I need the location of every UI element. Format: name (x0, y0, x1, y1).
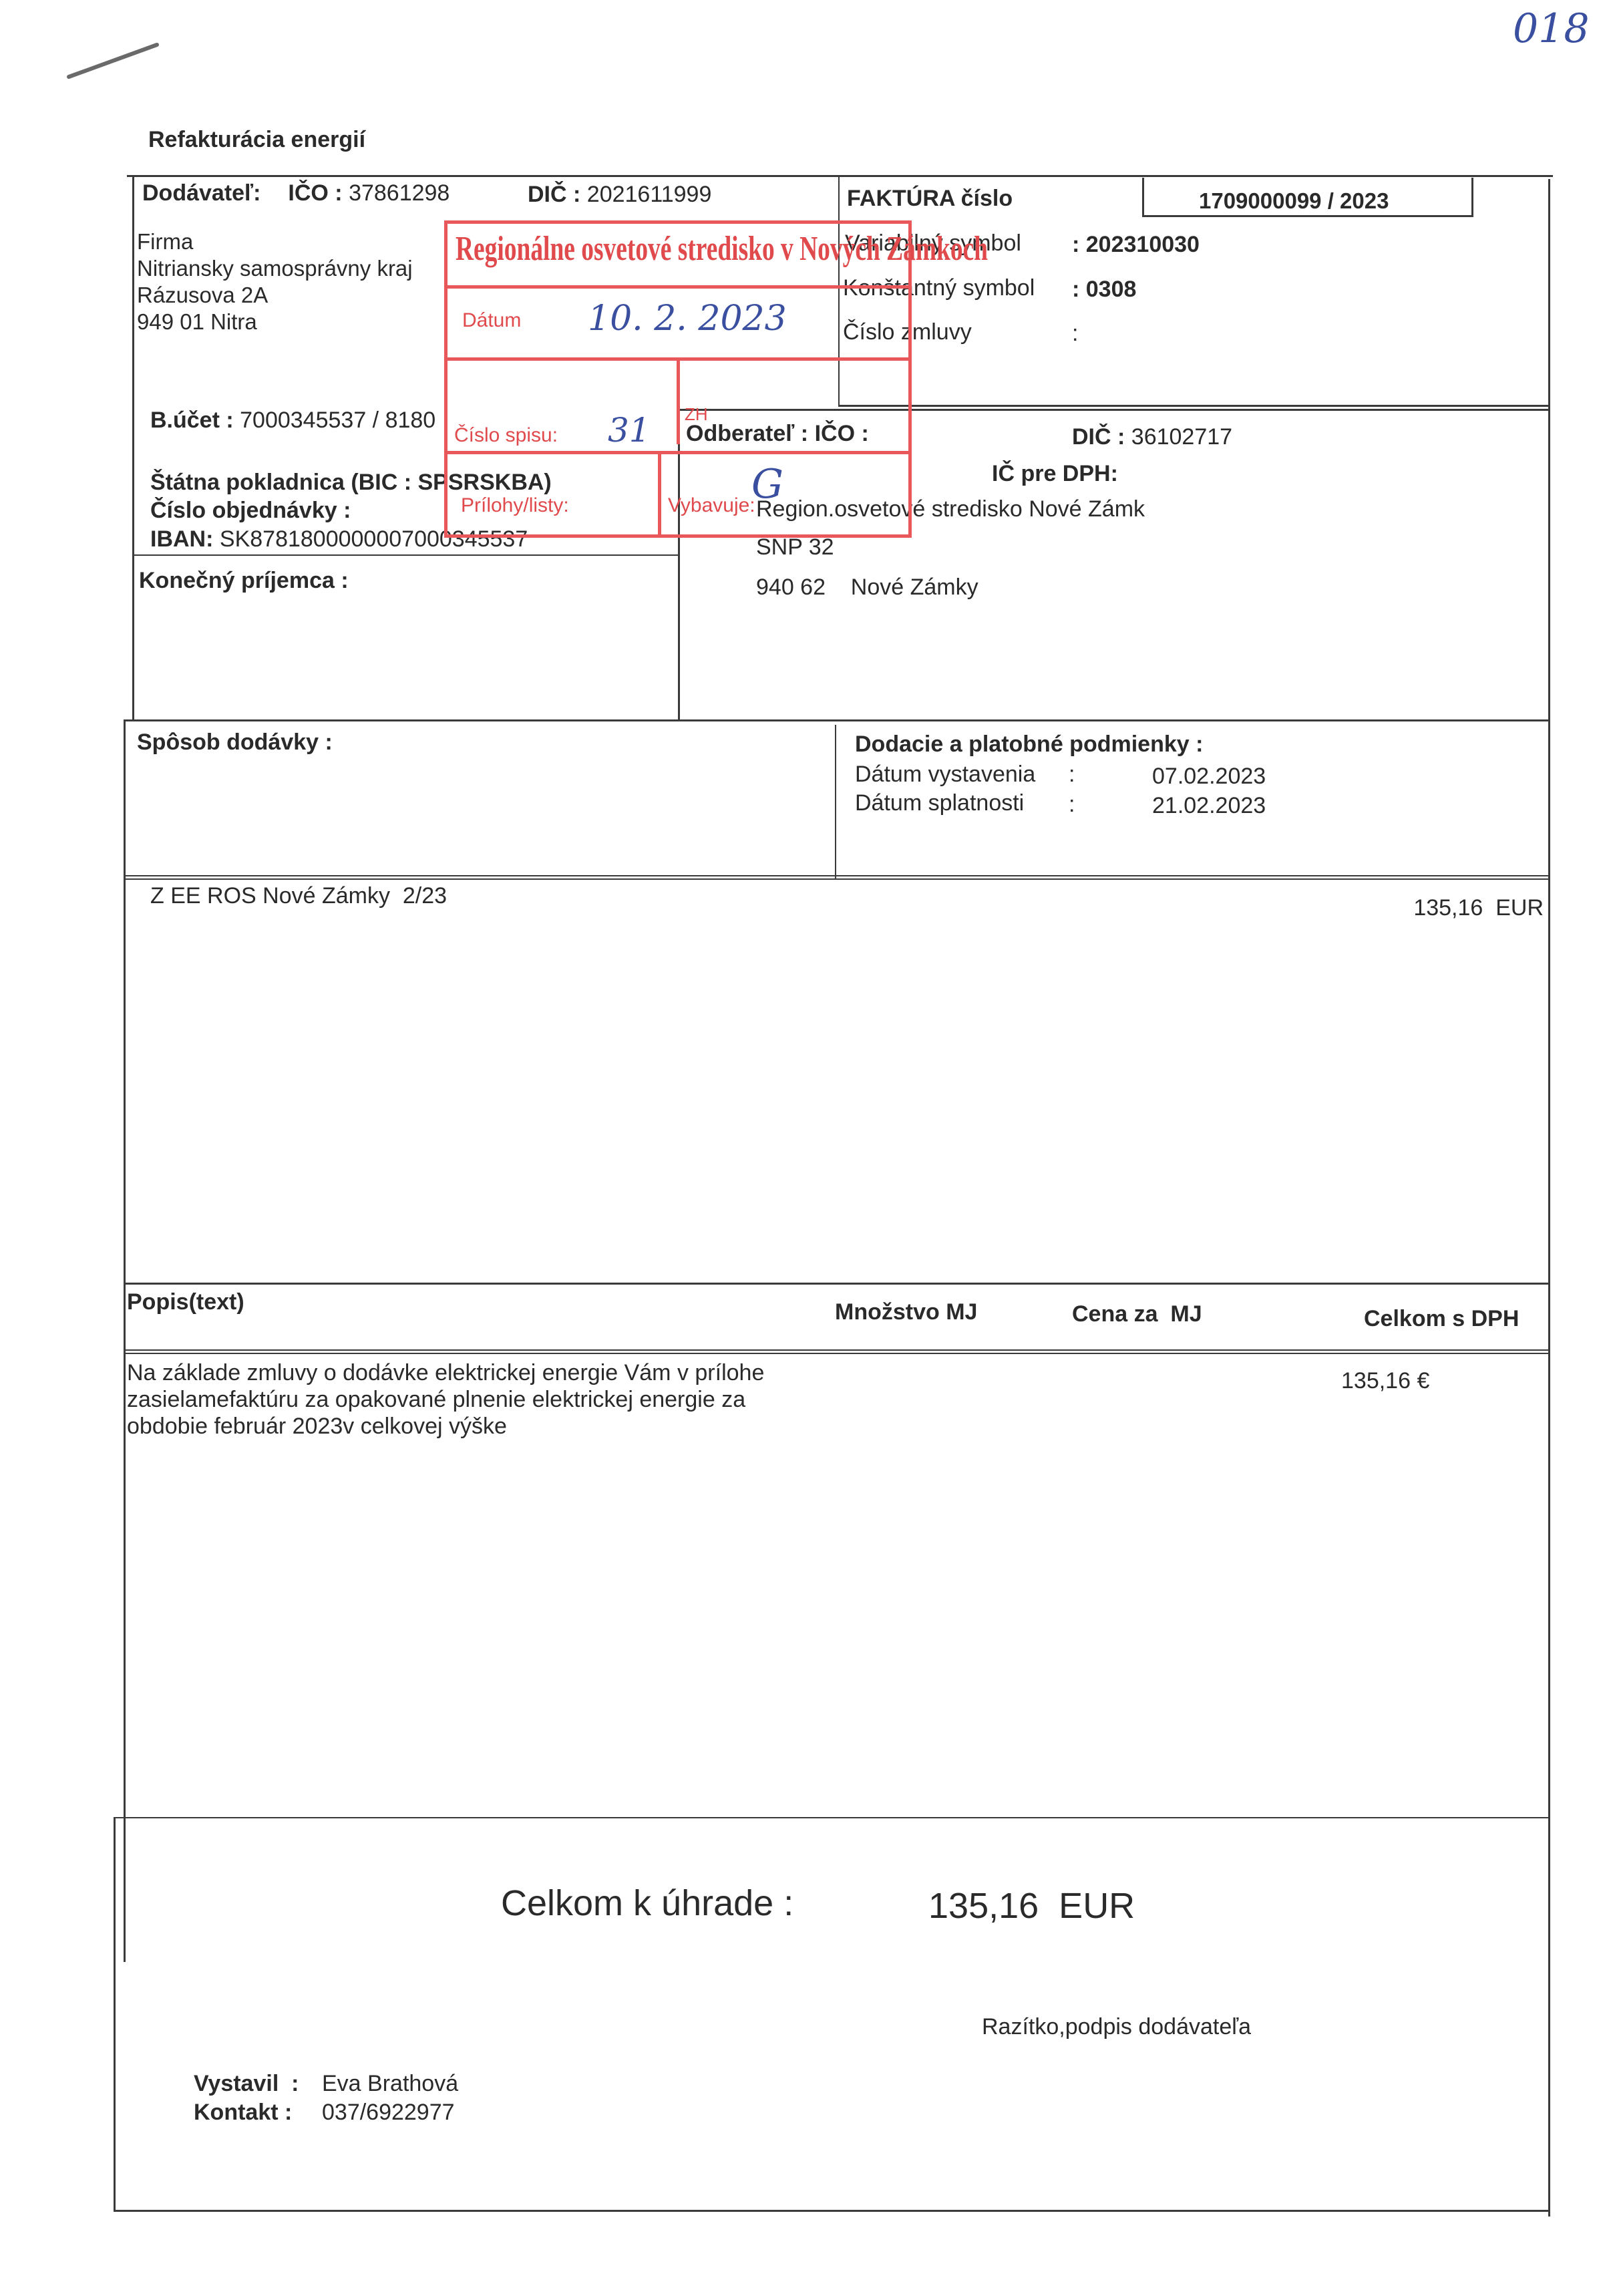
invoice-number: 1709000099 / 2023 (1199, 188, 1389, 214)
invoice-title: FAKTÚRA číslo (847, 186, 1013, 212)
invoice-section-bottom (838, 405, 1550, 407)
reference-text: Z EE ROS Nové Zámky 2/23 (150, 883, 447, 909)
issued-by: Eva Brathová (322, 2071, 458, 2097)
item-description-line: zasielamefaktúru za opakované plnenie el… (127, 1386, 764, 1413)
supplier-address: Firma Nitriansky samosprávny kraj Rázuso… (137, 228, 413, 335)
column-header-total: Celkom s DPH (1364, 1306, 1519, 1332)
issue-date-label: Dátum vystavenia (855, 762, 1035, 788)
stamp-corner-mark: ZH (685, 404, 708, 425)
item-description-line: obdobie február 2023v celkovej výške (127, 1413, 764, 1440)
supplier-ico: 37861298 (349, 180, 450, 206)
customer-address-line: SNP 32 (756, 534, 834, 560)
issue-date-colon: : (1069, 762, 1075, 788)
reference-amount: 135,16 EUR (1413, 895, 1544, 921)
contract-number: : (1072, 321, 1078, 347)
signature-label: Razítko,podpis dodávateľa (982, 2014, 1251, 2040)
stamp-date-handwritten: 10. 2. 2023 (588, 299, 787, 339)
delivery-section-top (124, 719, 1550, 721)
constant-symbol: : 0308 (1072, 277, 1136, 303)
customer-dic-label: DIČ : (1072, 424, 1125, 450)
stamp-divider (448, 285, 908, 289)
stamp-divider (448, 451, 908, 454)
due-date: 21.02.2023 (1152, 793, 1266, 819)
due-date-label: Dátum splatnosti (855, 790, 1024, 816)
delivery-terms-label: Dodacie a platobné podmienky : (855, 731, 1203, 758)
frame-left-top (132, 175, 134, 719)
supplier-address-line: 949 01 Nitra (137, 309, 413, 335)
stamp-file-number-label: Číslo spisu: (454, 424, 558, 447)
delivery-section-bottom (124, 875, 1550, 880)
variable-symbol: : 202310030 (1072, 232, 1200, 258)
supplier-dic-label: DIČ : (528, 182, 580, 207)
delivery-method-label: Spôsob dodávky : (137, 729, 333, 756)
stamp-attachments-label: Prílohy/listy: (461, 494, 569, 517)
supplier-address-line: Nitriansky samosprávny kraj (137, 255, 413, 282)
total-due-label: Celkom k úhrade : (501, 1882, 793, 1924)
column-header-quantity: Množstvo MJ (835, 1299, 977, 1325)
frame-left-footer (114, 1817, 116, 2211)
column-header-description: Popis(text) (127, 1289, 244, 1315)
totals-section-top (114, 1817, 1550, 1818)
bank-account-label: B.účet : (150, 407, 234, 433)
contact-label: Kontakt : (194, 2100, 292, 2126)
issued-by-label: Vystavil : (194, 2071, 299, 2097)
supplier-dic: DIČ : 2021611999 (528, 182, 711, 208)
items-header-top (124, 1283, 1550, 1285)
order-number-label: Číslo objednávky : (150, 498, 351, 524)
supplier-label: Dodávateľ: (142, 180, 260, 206)
registry-stamp: Regionálne osvetové stredisko v Nových Z… (444, 220, 912, 538)
supplier-dic-value: 2021611999 (587, 182, 712, 207)
supplier-address-line: Firma (137, 228, 413, 255)
stamp-org-name: Regionálne osvetové stredisko v Nových Z… (456, 229, 988, 269)
frame-top (127, 175, 1553, 177)
customer-dic: DIČ : 36102717 (1072, 424, 1232, 450)
total-due-amount: 135,16 EUR (928, 1885, 1135, 1927)
table-row: Na základe zmluvy o dodávke elektrickej … (127, 1359, 764, 1440)
frame-bottom (114, 2210, 1550, 2212)
stamp-handled-by-handwritten: G (751, 461, 783, 508)
customer-vat-label: IČ pre DPH: (992, 461, 1118, 487)
due-date-colon: : (1069, 792, 1075, 818)
items-header-bottom (124, 1349, 1550, 1354)
iban-divider (132, 554, 678, 556)
customer-dic-value: 36102717 (1131, 424, 1232, 450)
supplier-bank-account: B.účet : 7000345537 / 8180 (150, 407, 435, 434)
issue-date: 07.02.2023 (1152, 764, 1266, 790)
supplier-address-line: Rázusova 2A (137, 282, 413, 309)
supplier-ico-label: IČO : (288, 180, 342, 206)
iban-label: IBAN: (150, 526, 213, 552)
final-recipient-label: Konečný príjemca : (139, 568, 349, 594)
stamp-handled-by-label: Vybavuje: (668, 494, 755, 517)
stamp-file-number-handwritten: 31 (608, 411, 651, 450)
contact: 037/6922977 (322, 2100, 455, 2126)
stamp-date-label: Dátum (462, 309, 521, 332)
item-total: 135,16 € (1341, 1368, 1429, 1394)
customer-address-line: 940 62 Nové Zámky (756, 575, 978, 601)
page-number-mark: 018 (1513, 5, 1590, 52)
column-header-unit-price: Cena za MJ (1072, 1301, 1202, 1327)
supplier-header: Dodávateľ: IČO : 37861298 (142, 180, 450, 206)
stamp-divider-v (677, 357, 680, 444)
frame-right (1548, 179, 1550, 2217)
stamp-divider-v (658, 451, 661, 534)
frame-left-bottom (124, 719, 126, 1962)
document-title: Refakturácia energií (148, 127, 365, 153)
bank-account-value: 7000345537 / 8180 (240, 407, 435, 433)
delivery-divider (835, 725, 836, 878)
staple-mark-icon (63, 37, 164, 84)
item-description-line: Na základe zmluvy o dodávke elektrickej … (127, 1359, 764, 1386)
